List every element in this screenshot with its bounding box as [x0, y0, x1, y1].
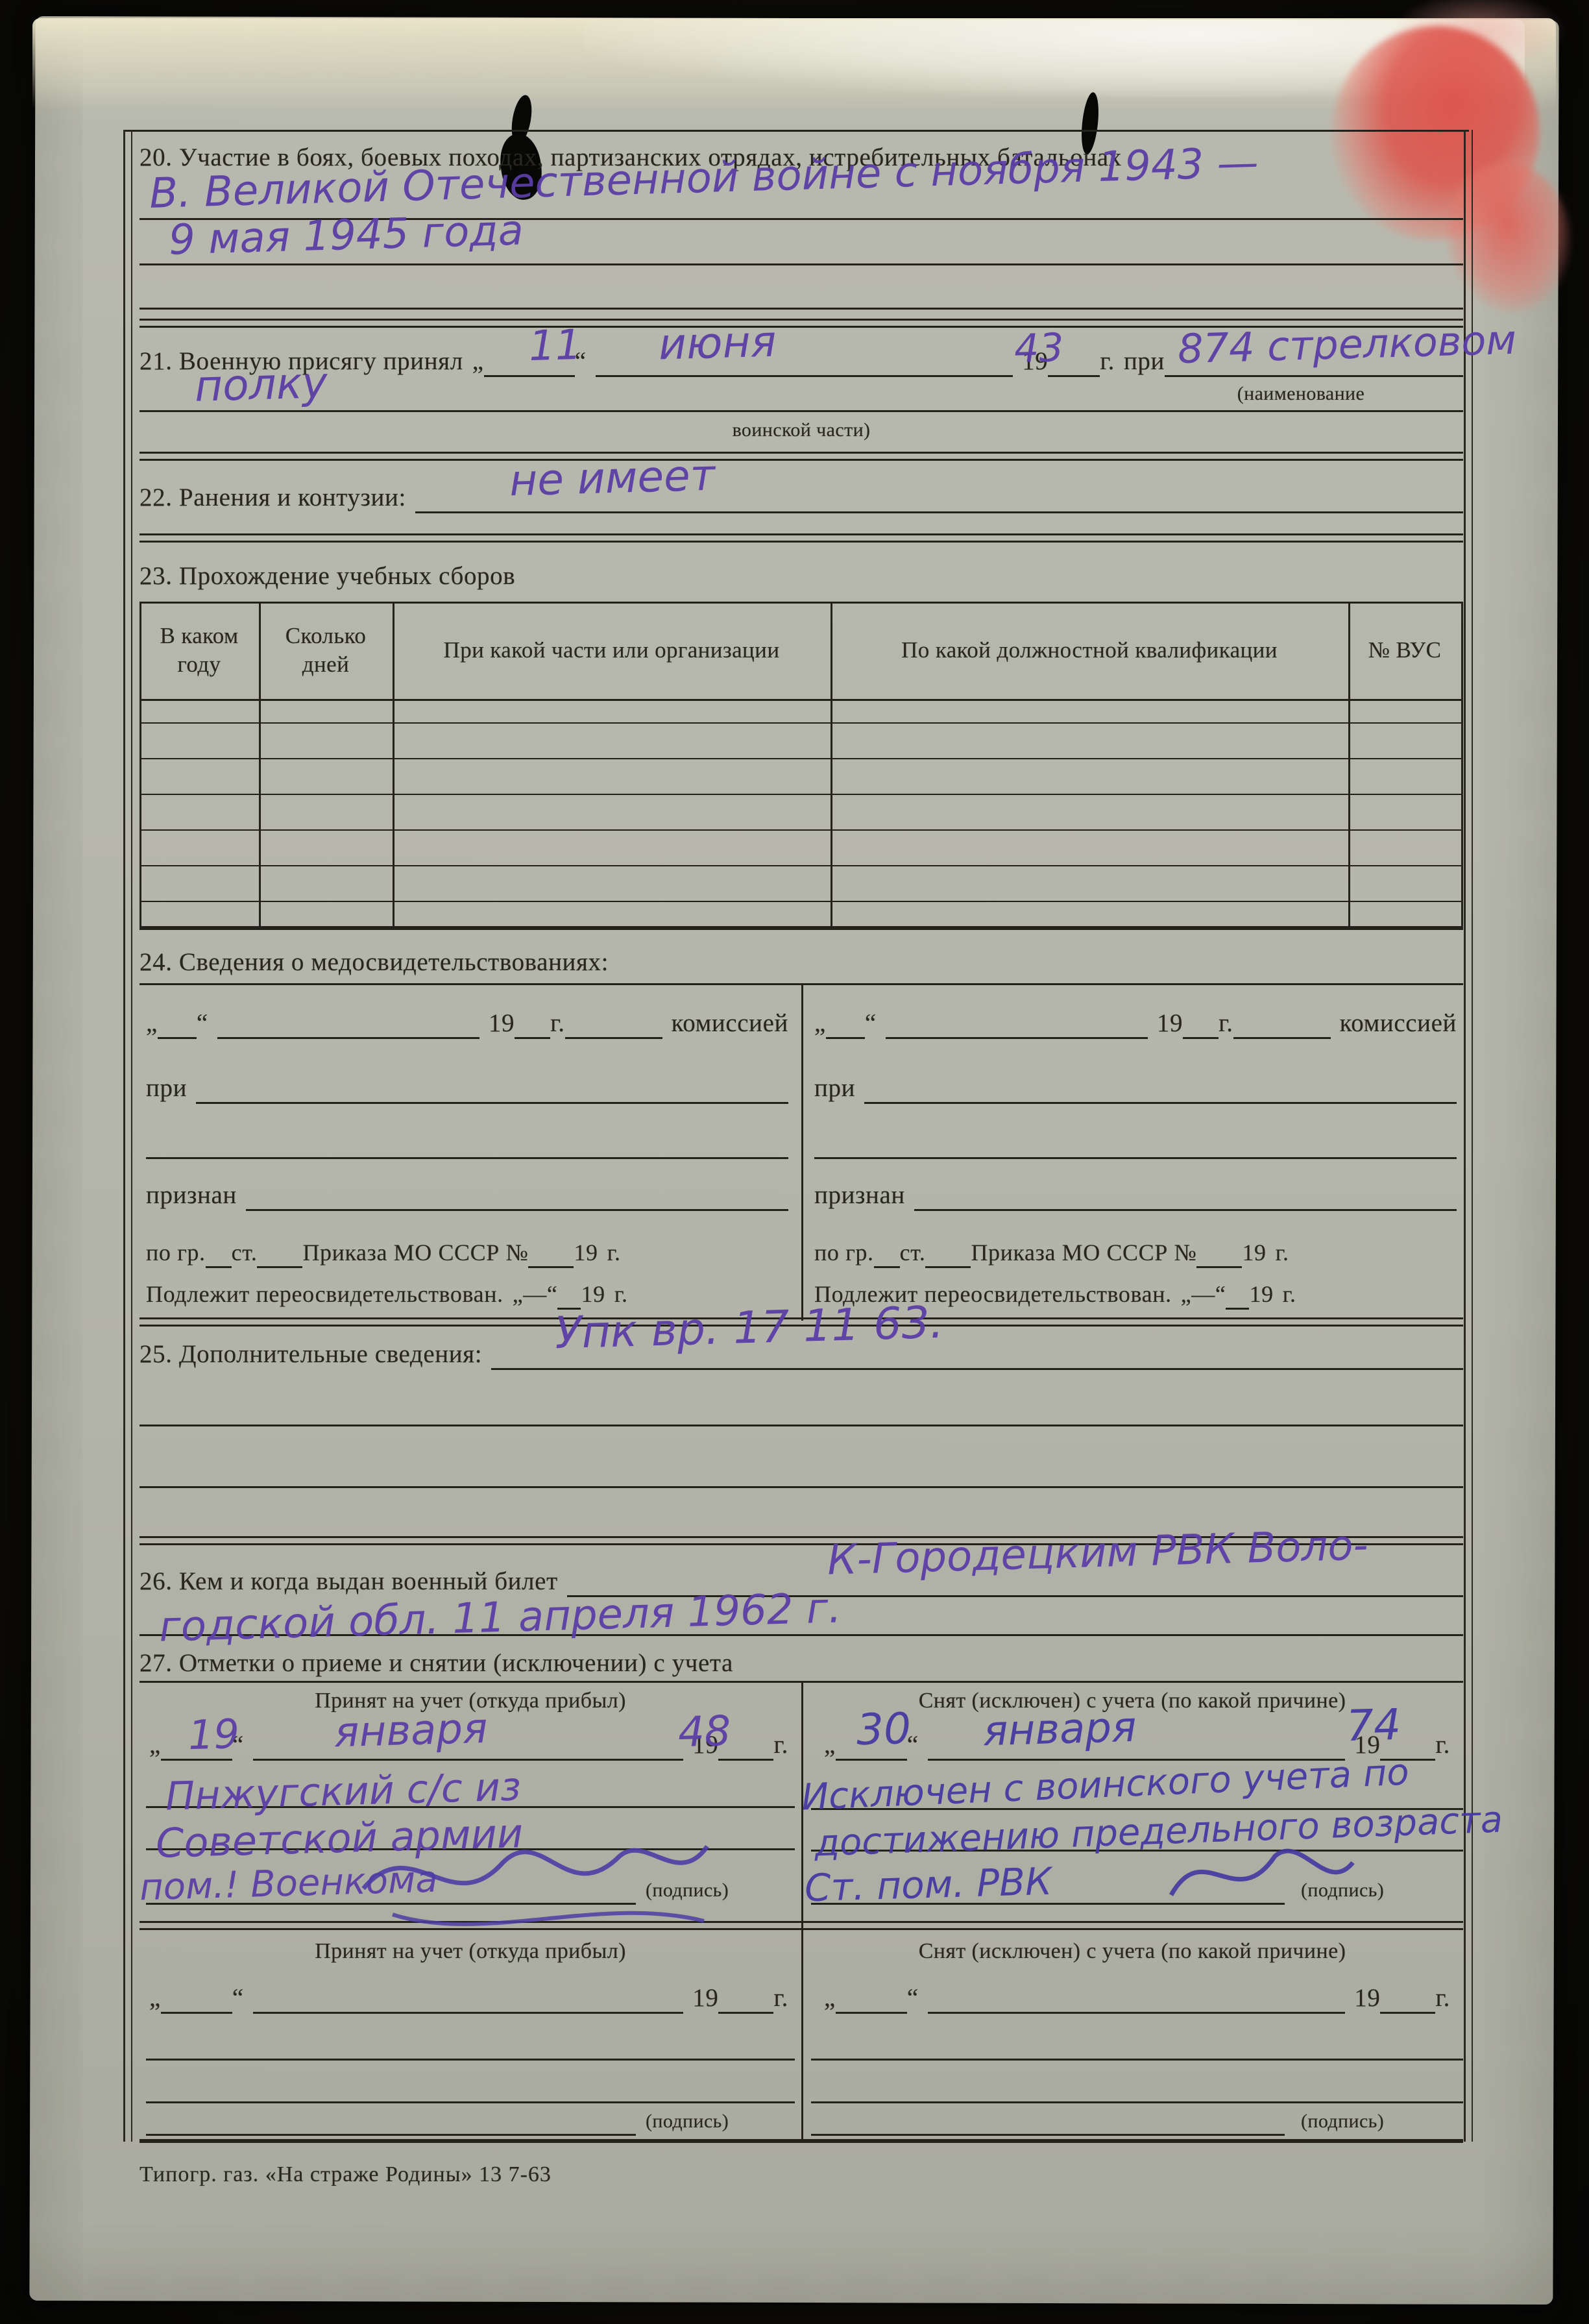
g-label: г.: [1435, 1730, 1450, 1761]
reexam-label: Подлежит переосвидетельствован.: [146, 1278, 503, 1310]
section-20: 20. Участие в боях, боевых походах, парт…: [139, 136, 1463, 331]
med-date-line: „ “ 19 г. комиссией: [146, 1006, 788, 1039]
section-21: 21. Военную присягу принял „ “ 19 г. при…: [139, 337, 1463, 474]
blank-rule: [146, 1157, 788, 1159]
unit-rule: [139, 410, 1463, 412]
day-blank: [161, 1981, 232, 2014]
section-25: 25. Дополнительные сведения: Упк вр. 17 …: [139, 1334, 1463, 1548]
year-blank: [1183, 1006, 1219, 1039]
med-pri-line: при: [814, 1071, 1457, 1104]
quote-close: “: [907, 1983, 919, 2014]
handwritten-oath-year: 43: [1013, 325, 1064, 372]
med-order-line: по гр. ст. Приказа МО СССР № 19 г.: [814, 1235, 1457, 1268]
section-23-title: 23. Прохождение учебных сборов: [139, 561, 1463, 591]
quote-open: „: [513, 1278, 524, 1310]
year-19: 19: [1354, 1983, 1380, 2014]
accepted-date-line-blank: „ “ 19 г.: [149, 1981, 788, 2014]
year-blank: [515, 1006, 550, 1039]
section-27-title: 27. Отметки о приеме и снятии (исключени…: [139, 1648, 1463, 1678]
scanned-document-page: 20. Участие в боях, боевых походах, парт…: [0, 0, 1589, 2324]
quote-close: “: [547, 1278, 558, 1310]
printing-house-imprint: Типогр. газ. «На страже Родины» 13 7-63: [139, 2162, 1178, 2187]
handwritten-additional-info: Упк вр. 17 11 63.: [554, 1297, 944, 1360]
section-22-title: 22. Ранения и контузии:: [139, 482, 406, 513]
header-bottom-rule: [139, 699, 1463, 701]
handwritten-removed-day: 30: [856, 1704, 912, 1755]
day-blank: [826, 1006, 865, 1039]
year-19: 19: [581, 1278, 605, 1310]
section-25-title: 25. Дополнительные сведения:: [139, 1339, 482, 1370]
col-header-qualification: По какой должностной квалификации: [831, 602, 1348, 699]
handwritten-wounds: не имеет: [509, 450, 716, 506]
section-26: 26. Кем и когда выдан военный билет К-Го…: [139, 1558, 1463, 1648]
year-19: 19: [489, 1008, 515, 1039]
section-23: 23. Прохождение учебных сборов В каком г…: [139, 561, 1463, 938]
col-header-vus: № ВУС: [1348, 602, 1461, 699]
handwritten-oath-month: июня: [658, 316, 777, 369]
day-blank: [158, 1006, 197, 1039]
month-blank: [217, 1006, 479, 1039]
removed-date-line-blank: „ “ 19 г.: [824, 1981, 1450, 2014]
pri-blank: [864, 1071, 1457, 1104]
g-label: г.: [1100, 346, 1115, 377]
reexam-blank: [557, 1277, 581, 1310]
form-top-rule: [125, 130, 1469, 132]
pri-blank: [196, 1071, 788, 1104]
empty-row-rule: [139, 865, 1463, 866]
quote-close: “: [865, 1008, 877, 1039]
wounds-line: 22. Ранения и контузии:: [139, 480, 1463, 513]
signature-rule: [811, 2134, 1285, 2136]
med-pri-line: при: [146, 1071, 788, 1104]
handwritten-accepted-day: 19: [188, 1710, 240, 1759]
pri-label: при: [814, 1073, 855, 1104]
order-no-blank: [1196, 1235, 1242, 1268]
g-label: г.: [1283, 1278, 1296, 1310]
pri-label: при: [146, 1073, 187, 1104]
training-camps-table: В каком году Сколько дней При какой част…: [139, 602, 1463, 929]
quote-open: „: [149, 1983, 161, 2014]
section-24-title: 24. Сведения о медосвидетельствованиях:: [139, 948, 1463, 977]
gr-blank: [874, 1235, 900, 1268]
gr-blank: [206, 1235, 232, 1268]
quote-close: “: [197, 1008, 208, 1039]
med-column-right: „ “ 19 г. комиссией при признан по гр.: [814, 983, 1463, 1321]
commission-label: комиссией: [1340, 1008, 1457, 1039]
col-header-year: В каком году: [139, 602, 259, 699]
g-label: г.: [1435, 1983, 1450, 2014]
blank-rule: [811, 2101, 1463, 2103]
blank-rule: [139, 1425, 1463, 1426]
oath-month-blank: [596, 344, 1013, 377]
month-blank: [886, 1006, 1148, 1039]
blank-rule: [814, 1157, 1457, 1159]
removed-header: Снят (исключен) с учета (по какой причин…: [801, 1939, 1463, 1964]
pri-label: при: [1124, 346, 1165, 377]
signature-scribble: [1165, 1824, 1359, 1927]
form-left-border: [123, 130, 132, 2142]
year-19: 19: [692, 1983, 718, 2014]
handwritten-war-entry-line2: 9 мая 1945 года: [168, 206, 524, 264]
blank-rule: [146, 2101, 795, 2103]
section-24: 24. Сведения о медосвидетельствованиях: …: [139, 948, 1463, 1337]
mid-blank: [1233, 1006, 1331, 1039]
quote-close: “: [1215, 1278, 1226, 1310]
med-column-divider: [801, 983, 803, 1321]
handwritten-accepted-month: января: [334, 1705, 488, 1757]
handwritten-removed-official: Ст. пом. РВК: [804, 1859, 1052, 1911]
order-label: Приказа МО СССР №: [302, 1237, 528, 1268]
med-priznan-line: признан: [146, 1178, 788, 1211]
registry-table-bottom: [139, 2139, 1463, 2143]
handwritten-removed-month: января: [982, 1704, 1137, 1756]
g-label: г.: [773, 1730, 788, 1761]
unit-caption-2: воинской части): [139, 419, 1463, 441]
unit-caption-1: (наименование: [1139, 383, 1463, 405]
reexam-blank: [1226, 1277, 1249, 1310]
blank-rule: [811, 2059, 1463, 2061]
g-label: г.: [1219, 1008, 1233, 1039]
section-bottom-rule: [139, 452, 1463, 461]
section-26-title: 26. Кем и когда выдан военный билет: [139, 1566, 558, 1597]
section-22: 22. Ранения и контузии: не имеет: [139, 474, 1463, 545]
med-order-line: по гр. ст. Приказа МО СССР № 19 г.: [146, 1235, 788, 1268]
quote-open: „: [472, 346, 484, 377]
signature-scribble: [354, 1811, 730, 1940]
st-label: ст.: [232, 1237, 258, 1268]
signature-rule: [146, 2134, 636, 2136]
handwritten-oath-day: 11: [528, 321, 582, 371]
col-header-days: Сколько дней: [259, 602, 393, 699]
dash: —: [523, 1278, 547, 1310]
accepted-header: Принят на учет (откуда прибыл): [139, 1939, 801, 1964]
g-label: г.: [614, 1278, 628, 1310]
col-header-unit: При какой части или организации: [393, 602, 831, 699]
empty-row-rule: [139, 794, 1463, 795]
g-label: г.: [607, 1237, 621, 1268]
med-priznan-line: признан: [814, 1178, 1457, 1211]
handwritten-unit-2: полку: [194, 358, 328, 411]
year-19: 19: [574, 1237, 598, 1268]
priznan-blank: [246, 1178, 788, 1211]
po-gr-label: по гр.: [146, 1237, 206, 1268]
empty-row-rule: [139, 758, 1463, 759]
section-27: 27. Отметки о приеме и снятии (исключени…: [139, 1648, 1463, 2161]
year-blank: [718, 1981, 773, 2014]
signature-caption: (подпись): [646, 2110, 801, 2133]
order-label: Приказа МО СССР №: [971, 1237, 1196, 1268]
quote-open: „: [146, 1008, 158, 1039]
med-date-line: „ “ 19 г. комиссией: [814, 1006, 1457, 1039]
quote-open: „: [149, 1730, 161, 1761]
st-blank: [925, 1235, 971, 1268]
year-blank: [1380, 1981, 1435, 2014]
empty-row-rule: [139, 901, 1463, 902]
med-column-left: „ “ 19 г. комиссией при признан по гр.: [146, 983, 795, 1321]
day-blank: [836, 1981, 907, 2014]
quote-open: „: [814, 1008, 826, 1039]
month-blank: [928, 1981, 1345, 2014]
quote-open: „: [824, 1983, 836, 2014]
dash: —: [1191, 1278, 1215, 1310]
empty-row-rule: [139, 829, 1463, 831]
registry-column-divider: [801, 1681, 803, 2142]
st-blank: [257, 1235, 302, 1268]
year-19: 19: [1242, 1237, 1266, 1268]
quote-open: „: [1181, 1278, 1192, 1310]
handwritten-removed-year: 74: [1346, 1700, 1401, 1751]
priznan-label: признан: [146, 1180, 237, 1211]
priznan-blank: [914, 1178, 1457, 1211]
order-no-blank: [528, 1235, 574, 1268]
quote-close: “: [232, 1983, 244, 2014]
g-label: г.: [550, 1008, 565, 1039]
g-label: г.: [773, 1983, 788, 2014]
priznan-label: признан: [814, 1180, 905, 1211]
blank-rule: [139, 308, 1463, 310]
blank-rule: [139, 1486, 1463, 1488]
signature-caption: (подпись): [1301, 2110, 1457, 2133]
po-gr-label: по гр.: [814, 1237, 874, 1268]
mid-blank: [565, 1006, 662, 1039]
empty-row-rule: [139, 722, 1463, 724]
handwritten-accepted-year: 48: [677, 1707, 731, 1757]
blank-rule: [139, 263, 1463, 265]
table-bottom-border: [139, 926, 1463, 930]
month-blank: [253, 1981, 683, 2014]
st-label: ст.: [900, 1237, 926, 1268]
handwritten-unit: 874 стрелковом: [1177, 316, 1517, 373]
year-19: 19: [1249, 1278, 1273, 1310]
commission-label: комиссией: [672, 1008, 788, 1039]
year-19: 19: [1157, 1008, 1183, 1039]
blank-rule: [146, 2059, 795, 2061]
g-label: г.: [1276, 1237, 1289, 1268]
section-bottom-rule: [139, 533, 1463, 543]
quote-open: „: [824, 1730, 836, 1761]
table-border-right: [1461, 602, 1463, 926]
